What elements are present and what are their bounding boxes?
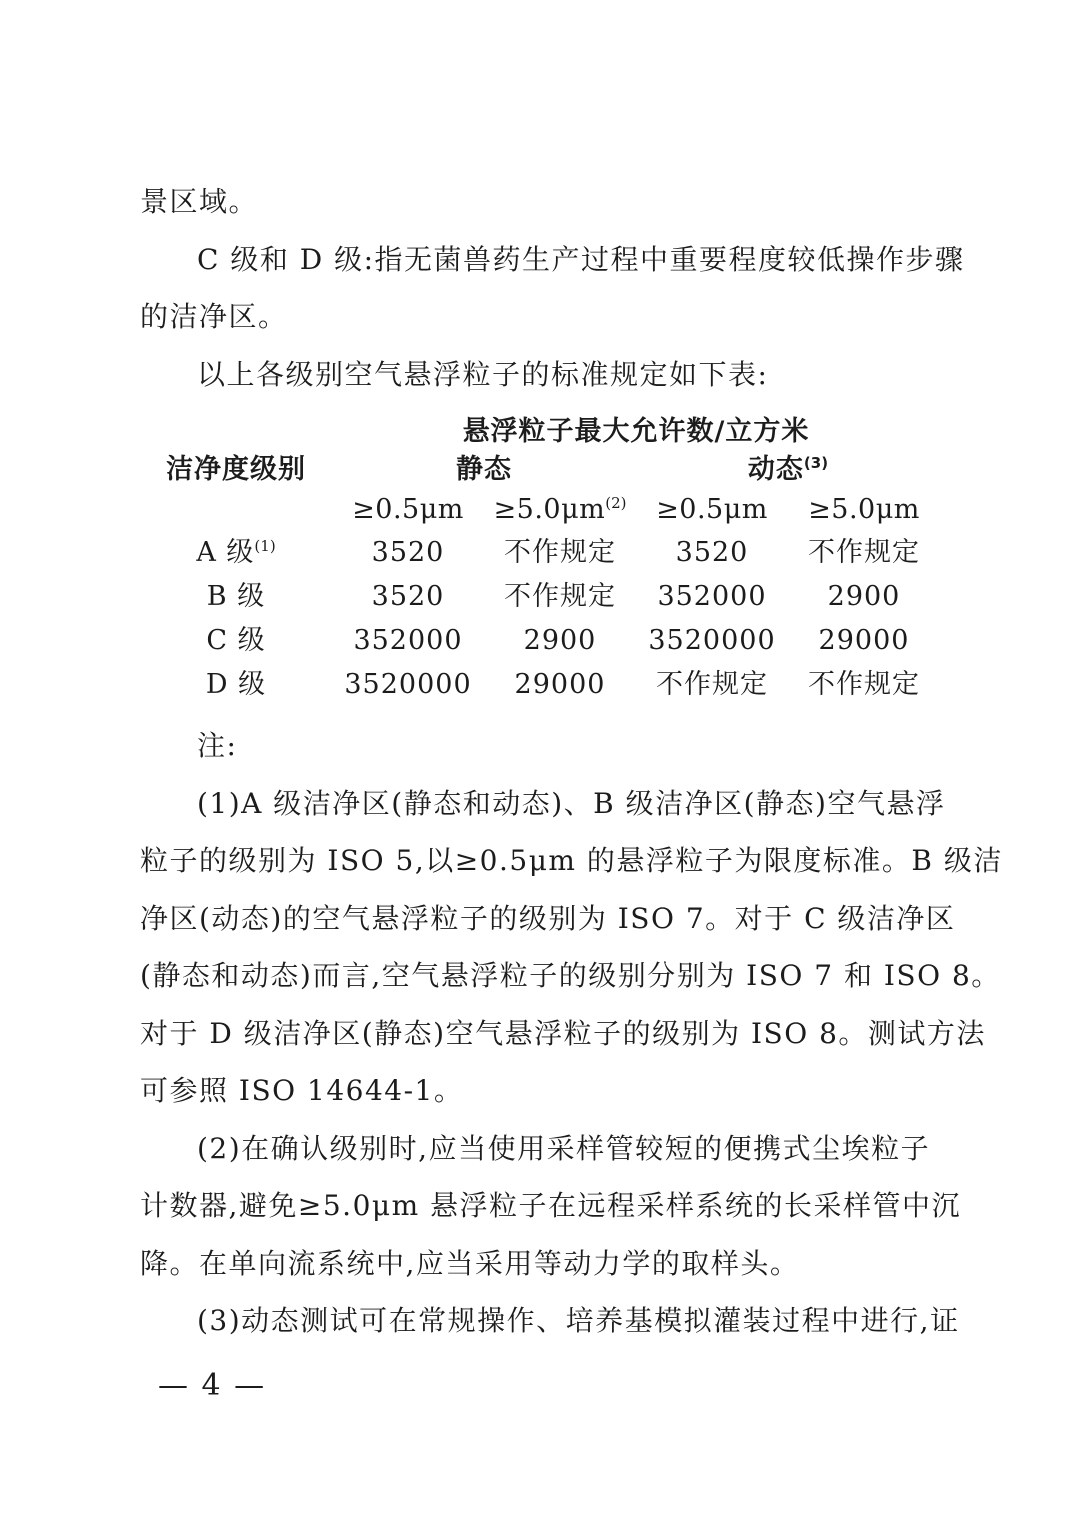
row-label: B 级: [140, 575, 332, 619]
table-grid: 洁净度级别静态动态(3)≥0.5μm≥5.0μm(2)≥0.5μm≥5.0μmA…: [140, 451, 940, 707]
intro-paragraphs: 景区域。C 级和 D 级:指无菌兽药生产过程中重要程度较低操作步骤的洁净区。以上…: [140, 173, 940, 403]
page-number: — 4 —: [158, 1368, 266, 1403]
text-line: 景区域。: [140, 173, 940, 231]
text-line: (静态和动态)而言,空气悬浮粒子的级别分别为 ISO 7 和 ISO 8。: [140, 947, 940, 1005]
table-cell: 3520000: [636, 619, 788, 663]
table-cell: 2900: [484, 619, 636, 663]
table-cell: 352000: [332, 619, 484, 663]
table-cell: 29000: [788, 619, 940, 663]
footnote-marker: (1): [254, 537, 275, 555]
table-cell: 352000: [636, 575, 788, 619]
footnote-marker: (2): [605, 494, 626, 512]
table-cell: 不作规定: [636, 663, 788, 707]
text-line: 以上各级别空气悬浮粒子的标准规定如下表:: [140, 346, 940, 404]
text-line: (3)动态测试可在常规操作、培养基模拟灌装过程中进行,证: [140, 1292, 940, 1350]
table-cell: 2900: [788, 575, 940, 619]
text-line: 粒子的级别为 ISO 5,以≥0.5μm 的悬浮粒子为限度标准。B 级洁: [140, 832, 940, 890]
page-footer: — 4 —: [158, 1366, 266, 1406]
subheader-1: ≥5.0μm(2): [484, 489, 636, 531]
subheader-3: ≥5.0μm: [788, 489, 940, 531]
table-cell: 3520: [636, 531, 788, 575]
row-label: A 级(1): [140, 531, 332, 575]
group-header-1: 动态(3): [636, 451, 940, 489]
table-cell: 不作规定: [484, 531, 636, 575]
group-header-0: 静态: [332, 451, 636, 489]
table-cell: 3520: [332, 531, 484, 575]
document-page: 景区域。C 级和 D 级:指无菌兽药生产过程中重要程度较低操作步骤的洁净区。以上…: [0, 0, 1080, 1527]
table-cell: 不作规定: [484, 575, 636, 619]
text-line: (1)A 级洁净区(静态和动态)、B 级洁净区(静态)空气悬浮: [140, 775, 940, 833]
text-line: 的洁净区。: [140, 288, 940, 346]
text-line: 可参照 ISO 14644-1。: [140, 1062, 940, 1120]
text-line: 注:: [140, 717, 940, 775]
text-line: 计数器,避免≥5.0μm 悬浮粒子在远程采样系统的长采样管中沉: [140, 1177, 940, 1235]
notes-paragraphs: 注:(1)A 级洁净区(静态和动态)、B 级洁净区(静态)空气悬浮粒子的级别为 …: [140, 717, 940, 1350]
row-header: 洁净度级别: [140, 451, 332, 489]
table-cell: 3520000: [332, 663, 484, 707]
table-cell: 3520: [332, 575, 484, 619]
table-cell: 不作规定: [788, 663, 940, 707]
row-label: D 级: [140, 663, 332, 707]
table-cell: 不作规定: [788, 531, 940, 575]
subheader-2: ≥0.5μm: [636, 489, 788, 531]
page-content: 景区域。C 级和 D 级:指无菌兽药生产过程中重要程度较低操作步骤的洁净区。以上…: [140, 0, 940, 1350]
text-line: C 级和 D 级:指无菌兽药生产过程中重要程度较低操作步骤: [140, 231, 940, 289]
text-line: 对于 D 级洁净区(静态)空气悬浮粒子的级别为 ISO 8。测试方法: [140, 1005, 940, 1063]
row-label: C 级: [140, 619, 332, 663]
table-cell: 29000: [484, 663, 636, 707]
footnote-marker: (3): [804, 454, 828, 472]
text-line: 降。在单向流系统中,应当采用等动力学的取样头。: [140, 1235, 940, 1293]
subheader-0: ≥0.5μm: [332, 489, 484, 531]
table-title: 悬浮粒子最大允许数/立方米: [332, 407, 940, 451]
text-line: (2)在确认级别时,应当使用采样管较短的便携式尘埃粒子: [140, 1120, 940, 1178]
text-line: 净区(动态)的空气悬浮粒子的级别为 ISO 7。对于 C 级洁净区: [140, 890, 940, 948]
particle-limit-table: 悬浮粒子最大允许数/立方米 洁净度级别静态动态(3)≥0.5μm≥5.0μm(2…: [140, 407, 940, 707]
empty-cell: [140, 489, 332, 531]
